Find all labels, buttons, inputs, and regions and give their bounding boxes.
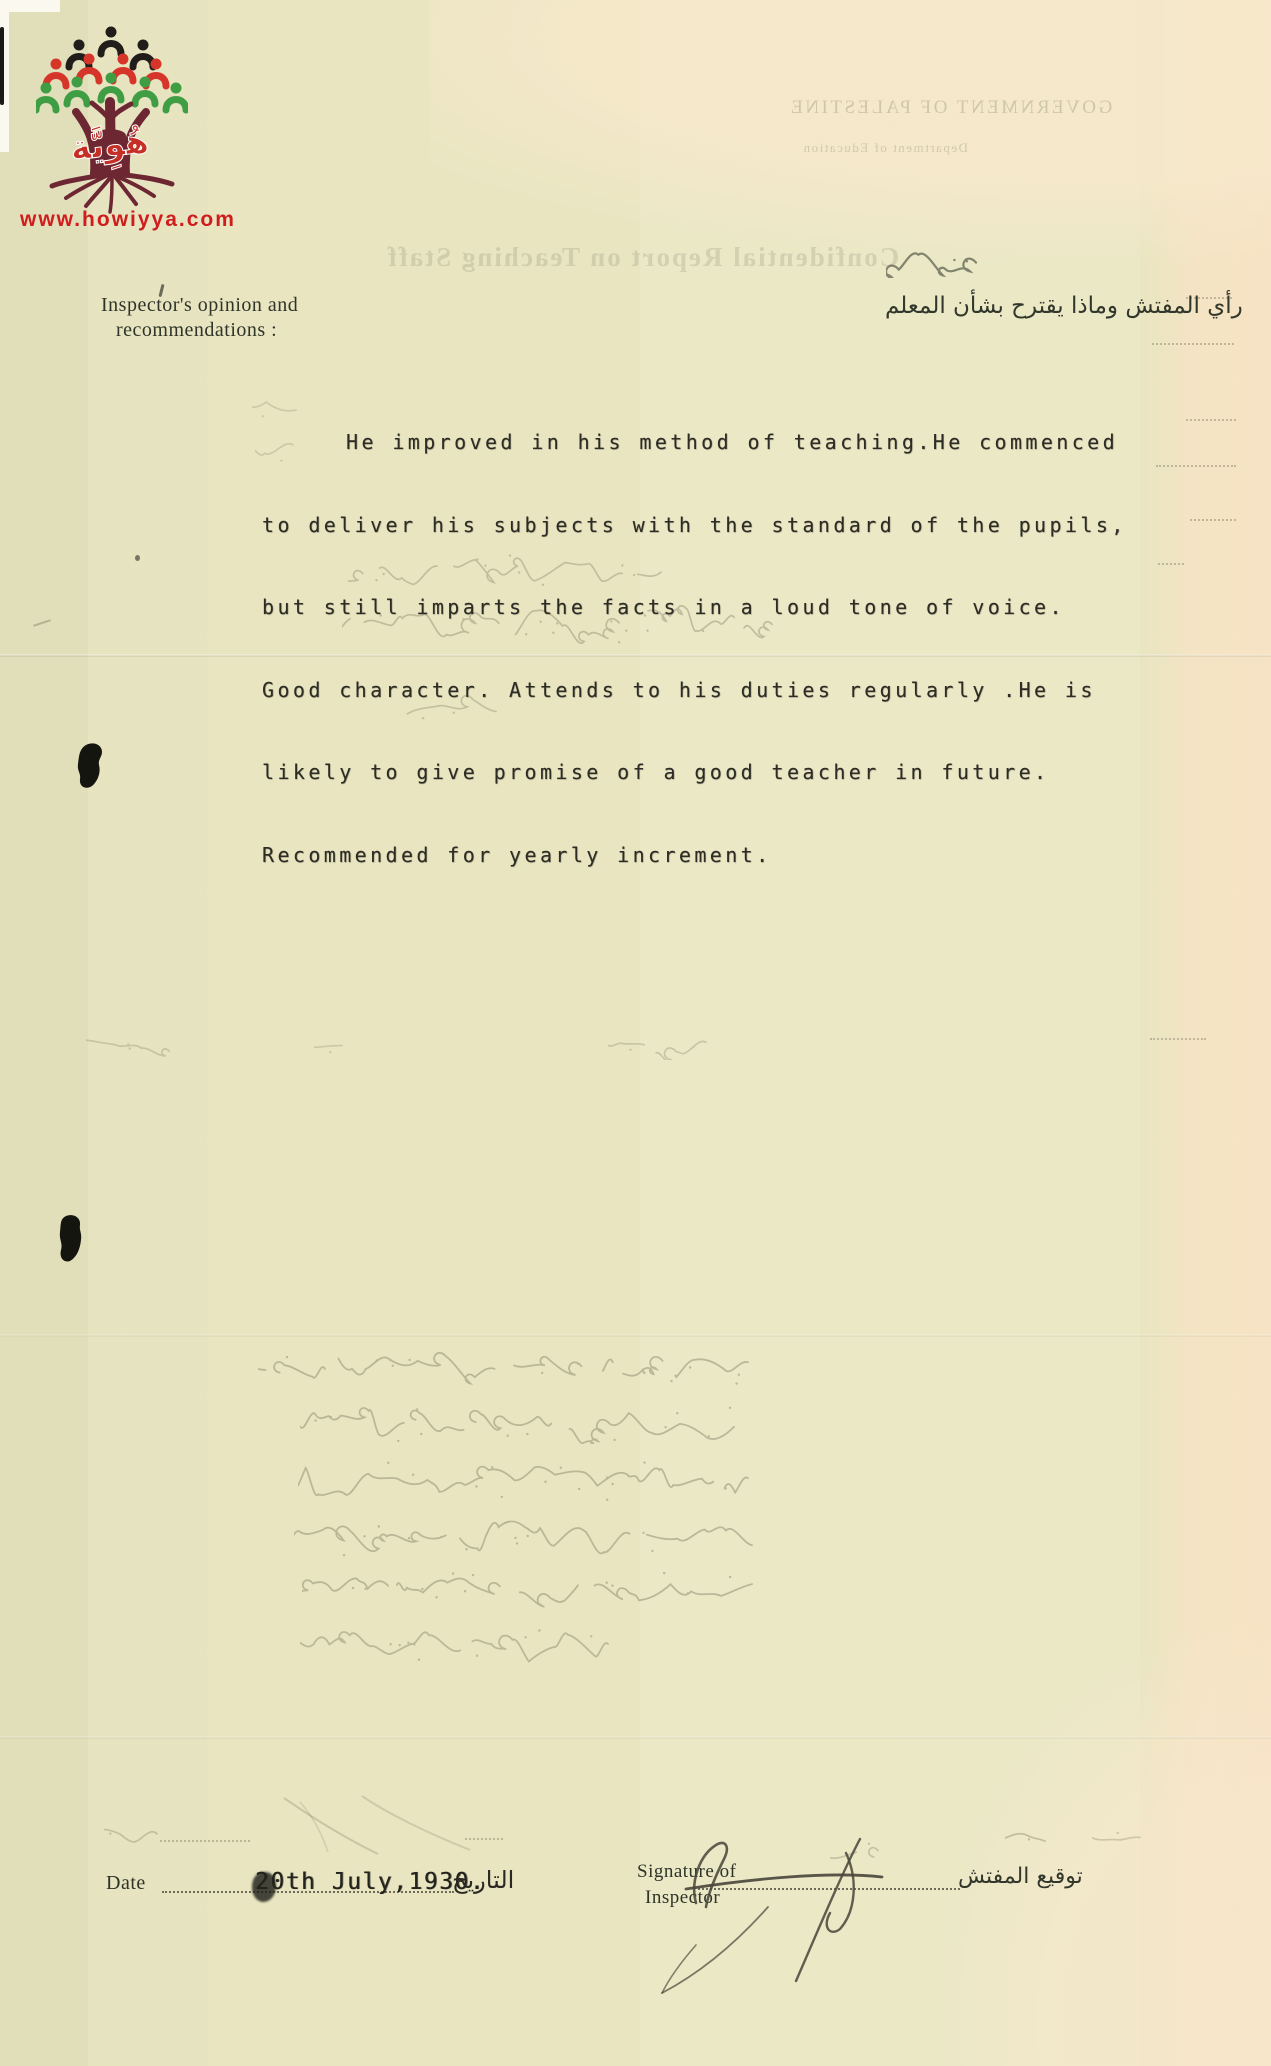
date-value-typed: 20th July,1930. (255, 1869, 485, 1895)
faint-handwriting (296, 1036, 344, 1065)
scanned-document-page: GOVERNMENT OF PALESTINE Department of Ed… (0, 0, 1271, 2066)
warm-bottom-right-patch (900, 1600, 1271, 2066)
faint-handwriting-block-line (258, 1344, 750, 1391)
typed-opinion-line: He improved in his method of teaching.He… (262, 429, 1127, 457)
signature-bleedthrough-strokes (270, 1792, 490, 1862)
bleedthrough-dash (1152, 343, 1234, 345)
scratch-mark (33, 619, 51, 626)
inspector-opinion-label-line1: Inspector's opinion and (101, 294, 298, 317)
ink-stamp-mark (886, 244, 978, 283)
bleedthrough-dash (1150, 1038, 1206, 1040)
howiyya-tree-logo: هُوِيَّة (36, 24, 188, 216)
faint-handwriting-block-line (298, 1456, 750, 1507)
signature-label-arabic: توقيع المفتش (958, 1864, 1083, 1889)
ink-blob (56, 1213, 86, 1265)
faint-handwriting (1092, 1824, 1142, 1857)
ink-speck (135, 555, 140, 561)
typed-opinion-line: but still imparts the facts in a loud to… (262, 594, 1127, 622)
bleedthrough-dash (1156, 465, 1236, 467)
typed-opinion-line: Good character. Attends to his duties re… (262, 677, 1127, 705)
scan-edge-black-streak (0, 27, 4, 105)
bleedthrough-dash (1158, 563, 1184, 565)
fold-crease (0, 1334, 1271, 1337)
faint-handwriting-block-line (294, 1514, 754, 1563)
inspector-signature-ink (600, 1795, 930, 2010)
watermark-url: www.howiyya.com (20, 208, 270, 232)
scan-edge-white (0, 0, 60, 12)
ink-blob (74, 741, 108, 793)
inspector-opinion-label-arabic: رأي المفتش وماذا يقترح بشأن المعلم (885, 293, 1243, 319)
bleedthrough-government-line: GOVERNMENT OF PALESTINE (778, 97, 1123, 119)
faint-handwriting (608, 1030, 708, 1065)
faint-handwriting-block-line (300, 1624, 610, 1673)
date-label-arabic: التاريخ (452, 1866, 514, 1894)
fold-crease (0, 1736, 1271, 1739)
typed-opinion-line: to deliver his subjects with the standar… (262, 512, 1127, 540)
bleedthrough-dash (160, 1840, 250, 1842)
typed-opinion-line: likely to give promise of a good teacher… (262, 759, 1127, 787)
bleedthrough-dash (1190, 519, 1236, 521)
inspector-opinion-label-line2: recommendations : (116, 319, 277, 342)
faint-handwriting-block-line (302, 1566, 754, 1613)
bleedthrough-dash (1186, 419, 1236, 421)
typed-opinion-paragraph: He improved in his method of teaching.He… (262, 374, 1127, 924)
bleedthrough-department-line: Department of Education (808, 140, 968, 156)
typed-opinion-line: Recommended for yearly increment. (262, 842, 1127, 870)
faint-handwriting (104, 1820, 159, 1851)
faint-handwriting (86, 1034, 171, 1065)
date-label: Date (106, 1872, 146, 1895)
faint-handwriting (1005, 1826, 1047, 1857)
faint-handwriting-block-line (300, 1400, 736, 1449)
